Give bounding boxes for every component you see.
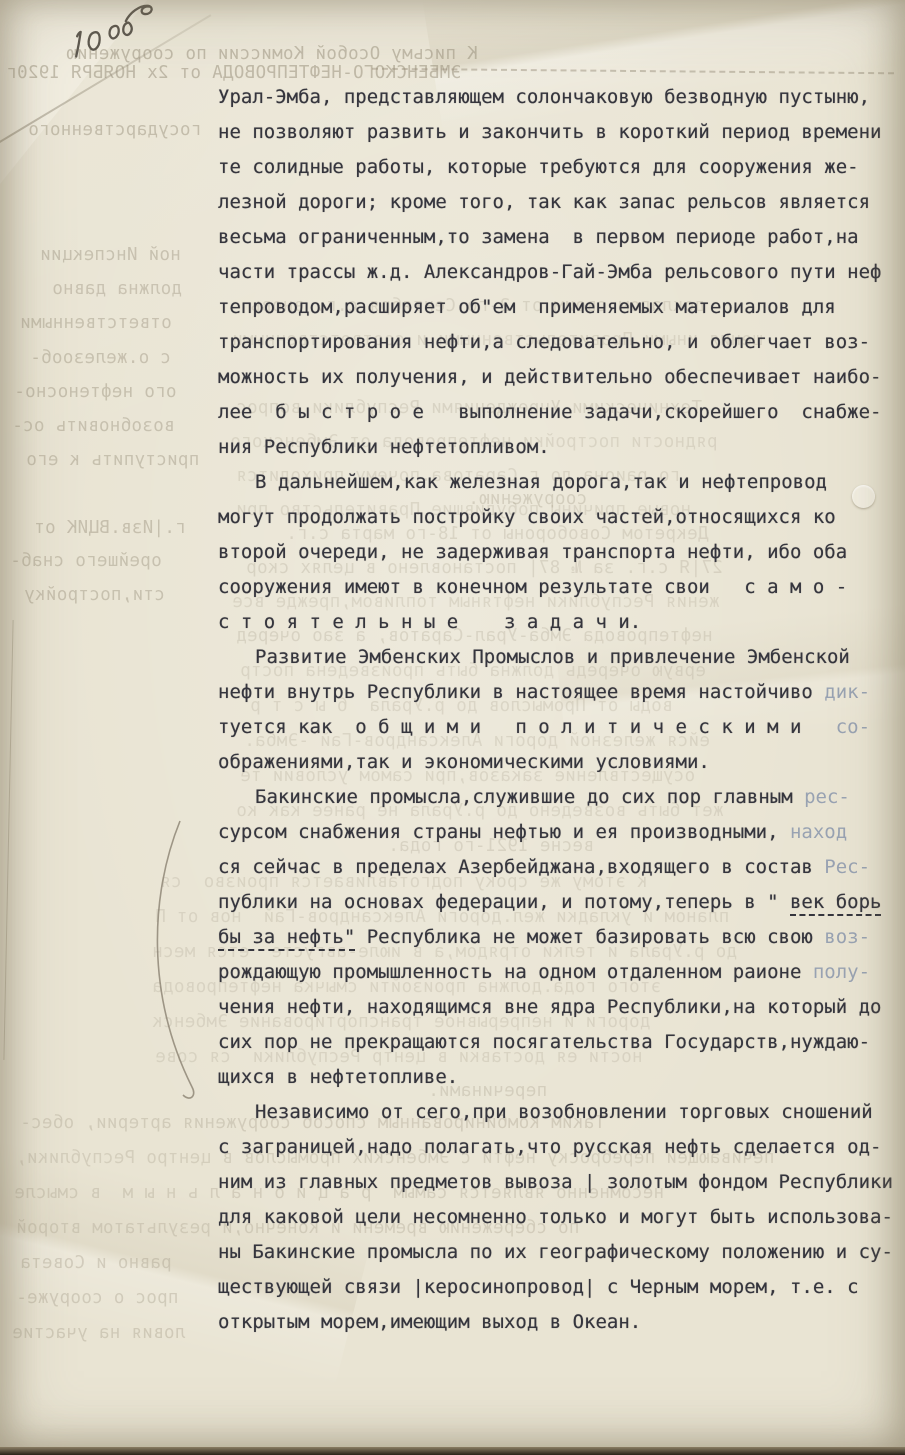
doc-line: транспортирования нефти,а следовательно,…: [218, 325, 898, 360]
bleedthrough-text: сти,постройку: [24, 585, 165, 605]
faded-typed-text: воз-: [824, 926, 870, 948]
typed-text-segment: ся сейчас в пределах Азербейджана,входящ…: [218, 856, 824, 878]
doc-line: для каковой цели несомненно только и мог…: [218, 1200, 898, 1235]
doc-line: нефти внутрь Республики в настоящее врем…: [218, 675, 898, 710]
doc-line: не позволяют развить и закончить в корот…: [218, 115, 898, 150]
typed-text-segment: Республика не может базировать всю свою: [355, 926, 824, 948]
paragraph: В дальнейшем,как железная дорога,так и н…: [218, 465, 898, 640]
bleedthrough-text: возобновить ос-: [12, 416, 175, 436]
typed-text-segment: транспортирования нефти,а следовательно,…: [218, 331, 870, 353]
bleedthrough-text: государственного: [28, 120, 201, 140]
typed-text-segment: ществующей связи |керосинопровод| с Черн…: [218, 1276, 859, 1298]
bleedthrough-text: ной Инспекции: [40, 245, 181, 265]
doc-line: с заграницей,надо полагать,что русская н…: [218, 1130, 898, 1165]
doc-line: части трассы ж.д. Александров-Гай-Эмба р…: [218, 255, 898, 290]
typed-text-segment: части трассы ж.д. Александров-Гай-Эмба р…: [218, 261, 881, 283]
typed-text-segment: весьма ограниченным,то замена в первом п…: [218, 226, 859, 248]
paragraph: Бакинские промысла,служившие до сих пор …: [218, 780, 898, 1095]
doc-line: Развитие Эмбенских Промыслов и привлечен…: [218, 640, 898, 675]
typed-text-segment: открытым морем,имеющим выход в Океан.: [218, 1311, 641, 1333]
typed-text-segment: сих пор не прекращаются посягательства Г…: [218, 1031, 870, 1053]
typed-text-segment: Бакинские промысла,служившие до сих пор …: [255, 786, 804, 808]
doc-line: ображениями,так и экономическими условия…: [218, 745, 898, 780]
bleedthrough-text: приступить к его: [26, 450, 199, 470]
typed-text-segment: лее б ы с т р о е выполнение задачи,скор…: [218, 401, 881, 423]
doc-line: В дальнейшем,как железная дорога,так и н…: [218, 465, 898, 500]
doc-line: могут продолжать постройку своих частей,…: [218, 500, 898, 535]
typed-text-segment: ним из главных предметов вывоза | золоты…: [218, 1171, 893, 1193]
doc-line: лезной дороги; кроме того, так как запас…: [218, 185, 898, 220]
doc-line: Урал-Эмба, представляющем солончаковую б…: [218, 80, 898, 115]
faded-typed-text: рес-: [804, 786, 850, 808]
doc-line: с т о я т е л ь н ы е з а д а ч и.: [218, 605, 898, 640]
bleedthrough-text: равно и Совета: [20, 1253, 172, 1273]
paper-crease-line: [3, 620, 13, 1060]
typed-text-segment: ны Бакинские промысла по их географическ…: [218, 1241, 893, 1263]
typed-text-segment: туется как о б щ и м и п о л и т и ч е с…: [218, 716, 836, 738]
doc-line: щихся в нефтетопливе.: [218, 1060, 898, 1095]
typed-text-segment: публики на основах федерации, и потому,т…: [218, 891, 790, 913]
typed-text-segment: тепроводом,расширяет об"ем применяемых м…: [218, 296, 836, 318]
bleedthrough-text: ого нефтеносно-: [14, 382, 177, 402]
doc-line: бы за нефть" Республика не может базиров…: [218, 920, 898, 955]
faded-typed-text: со-: [836, 716, 870, 738]
typed-text-segment: Урал-Эмба, представляющем солончаковую б…: [218, 86, 870, 108]
typed-text-segment: щихся в нефтетопливе.: [218, 1066, 458, 1088]
typed-text-segment: чения нефти, находящимся вне ядра Респуб…: [218, 996, 881, 1018]
paragraph: Урал-Эмба, представляющем солончаковую б…: [218, 80, 898, 465]
pencil-margin-bracket: [140, 815, 220, 1115]
doc-line: ществующей связи |керосинопровод| с Черн…: [218, 1270, 898, 1305]
typed-text-segment: второй очереди, не задерживая транспорта…: [218, 541, 847, 563]
paragraph: Развитие Эмбенских Промыслов и привлечен…: [218, 640, 898, 780]
typed-text-segment: для каковой цели несомненно только и мог…: [218, 1206, 893, 1228]
typed-text-segment: те солидные работы, которые требуются дл…: [218, 156, 859, 178]
typed-text-segment: с т о я т е л ь н ы е з а д а ч и.: [218, 611, 641, 633]
bleedthrough-text: ловия на участие: [12, 1323, 185, 1343]
paragraph: Независимо от сего,при возобновлении тор…: [218, 1095, 898, 1340]
typed-text: Урал-Эмба, представляющем солончаковую б…: [218, 80, 898, 1340]
doc-line: ся сейчас в пределах Азербейджана,входящ…: [218, 850, 898, 885]
doc-line: ним из главных предметов вывоза | золоты…: [218, 1165, 898, 1200]
scan-edge-bottom: [0, 1447, 905, 1455]
doc-line: Независимо от сего,при возобновлении тор…: [218, 1095, 898, 1130]
typed-text-segment: сурсом снабжения страны нефтью и ея прои…: [218, 821, 790, 843]
handwritten-note: [58, 2, 178, 64]
doc-line: второй очереди, не задерживая транспорта…: [218, 535, 898, 570]
typed-text-segment: лезной дороги; кроме того, так как запас…: [218, 191, 870, 213]
doc-line: можность их получения, и действительно о…: [218, 360, 898, 395]
typed-text-segment: могут продолжать постройку своих частей,…: [218, 506, 836, 528]
bleedthrough-text: прос о сооруже-: [16, 1288, 179, 1308]
punch-hole: [852, 485, 875, 508]
doc-line: открытым морем,имеющим выход в Океан.: [218, 1305, 898, 1340]
doc-line: чения нефти, находящимся вне ядра Респуб…: [218, 990, 898, 1025]
typed-text-segment: с заграницей,надо полагать,что русская н…: [218, 1136, 881, 1158]
bleedthrough-text: с о.железооб-: [30, 348, 171, 368]
faded-typed-text: полу-: [813, 961, 870, 983]
underlined-typed-text: век борь: [790, 891, 882, 916]
doc-line: рождающую промышленность на одном отдале…: [218, 955, 898, 990]
typed-text-segment: рождающую промышленность на одном отдале…: [218, 961, 813, 983]
doc-line: Бакинские промысла,служившие до сих пор …: [218, 780, 898, 815]
doc-line: публики на основах федерации, и потому,т…: [218, 885, 898, 920]
faded-typed-text: дик-: [824, 681, 870, 703]
faded-typed-text: Рес-: [824, 856, 870, 878]
doc-line: ны Бакинские промысла по их географическ…: [218, 1235, 898, 1270]
doc-line: весьма ограниченным,то замена в первом п…: [218, 220, 898, 255]
typed-text-segment: В дальнейшем,как железная дорога,так и н…: [255, 471, 827, 493]
typed-text-segment: Независимо от сего,при возобновлении тор…: [255, 1101, 873, 1123]
bleedthrough-text: орейшего снаб-: [10, 551, 162, 571]
typed-text-segment: ния Республики нефтетопливом.: [218, 436, 550, 458]
bleedthrough-text: г.|Изв.ВЦИК от: [34, 518, 186, 538]
faded-typed-text: наход: [790, 821, 847, 843]
typed-text-segment: нефти внутрь Республики в настоящее врем…: [218, 681, 824, 703]
doc-line: ния Республики нефтетопливом.: [218, 430, 898, 465]
typed-text-segment: не позволяют развить и закончить в корот…: [218, 121, 881, 143]
typed-text-segment: ображениями,так и экономическими условия…: [218, 751, 710, 773]
doc-line: лее б ы с т р о е выполнение задачи,скор…: [218, 395, 898, 430]
typed-text-segment: сооружения имеют в конечном результате с…: [218, 576, 847, 598]
bleedthrough-text: должна давно: [52, 279, 182, 299]
doc-line: сурсом снабжения страны нефтью и ея прои…: [218, 815, 898, 850]
document-scan-page: К письму Особой Комиссии по сооружениюЭМ…: [0, 0, 905, 1455]
underlined-typed-text: бы за нефть": [218, 926, 355, 951]
doc-line: сих пор не прекращаются посягательства Г…: [218, 1025, 898, 1060]
bleedthrough-text: ответственными: [20, 313, 172, 333]
typed-text-segment: Развитие Эмбенских Промыслов и привлечен…: [255, 646, 850, 668]
doc-line: туется как о б щ и м и п о л и т и ч е с…: [218, 710, 898, 745]
doc-line: те солидные работы, которые требуются дл…: [218, 150, 898, 185]
doc-line: сооружения имеют в конечном результате с…: [218, 570, 898, 605]
doc-line: тепроводом,расширяет об"ем применяемых м…: [218, 290, 898, 325]
typed-text-segment: можность их получения, и действительно о…: [218, 366, 881, 388]
